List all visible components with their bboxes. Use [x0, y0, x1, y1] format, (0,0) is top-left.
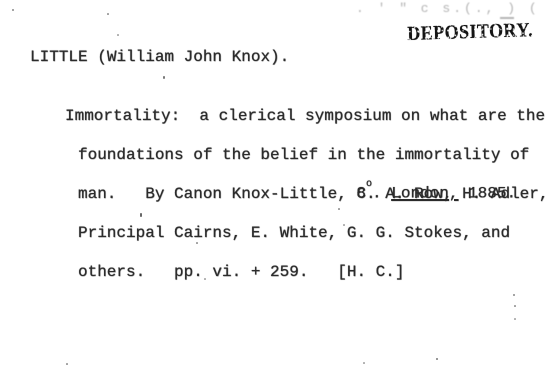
paper-speck: [117, 34, 119, 36]
paper-speck: [513, 294, 515, 296]
paper-speck: [204, 278, 206, 280]
paper-speck: [107, 13, 109, 15]
paper-speck: [514, 305, 516, 307]
author-heading: LITTLE (William John Knox).: [30, 49, 289, 65]
paper-speck: [12, 9, 14, 11]
depository-stamp: DEPOSITORY.: [407, 20, 533, 44]
paper-speck: [363, 362, 365, 364]
imprint-separator: .: [372, 184, 391, 202]
imprint-place: London,: [391, 184, 458, 202]
imprint-line: 8o. London, 1885.: [318, 169, 516, 217]
entry-line: Immortality: a clerical symposium on wha…: [65, 110, 548, 123]
paper-speck: [140, 213, 142, 217]
paper-speck: [436, 358, 438, 360]
imprint-year: 1885.: [458, 184, 516, 202]
catalog-card: . ' " c s.(., ) ( ' . ( DEPOSITORY. LITT…: [0, 0, 550, 374]
entry-line: others. pp. vi. + 259. [H. C.]: [78, 266, 548, 279]
paper-speck: [196, 242, 198, 244]
paper-speck: [514, 318, 516, 320]
paper-speck: [338, 208, 340, 210]
format-size: 8: [356, 184, 366, 202]
format-size-superscript: o: [366, 179, 372, 190]
entry-line: foundations of the belief in the immorta…: [78, 149, 548, 162]
paper-speck: [343, 224, 345, 226]
paper-speck: [66, 363, 68, 365]
paper-speck: [163, 76, 165, 79]
entry-line: Principal Cairns, E. White, G. G. Stokes…: [78, 227, 548, 240]
faint-stamp-remnant: . ' " c s.(., ) ( ' . (: [356, 2, 536, 15]
